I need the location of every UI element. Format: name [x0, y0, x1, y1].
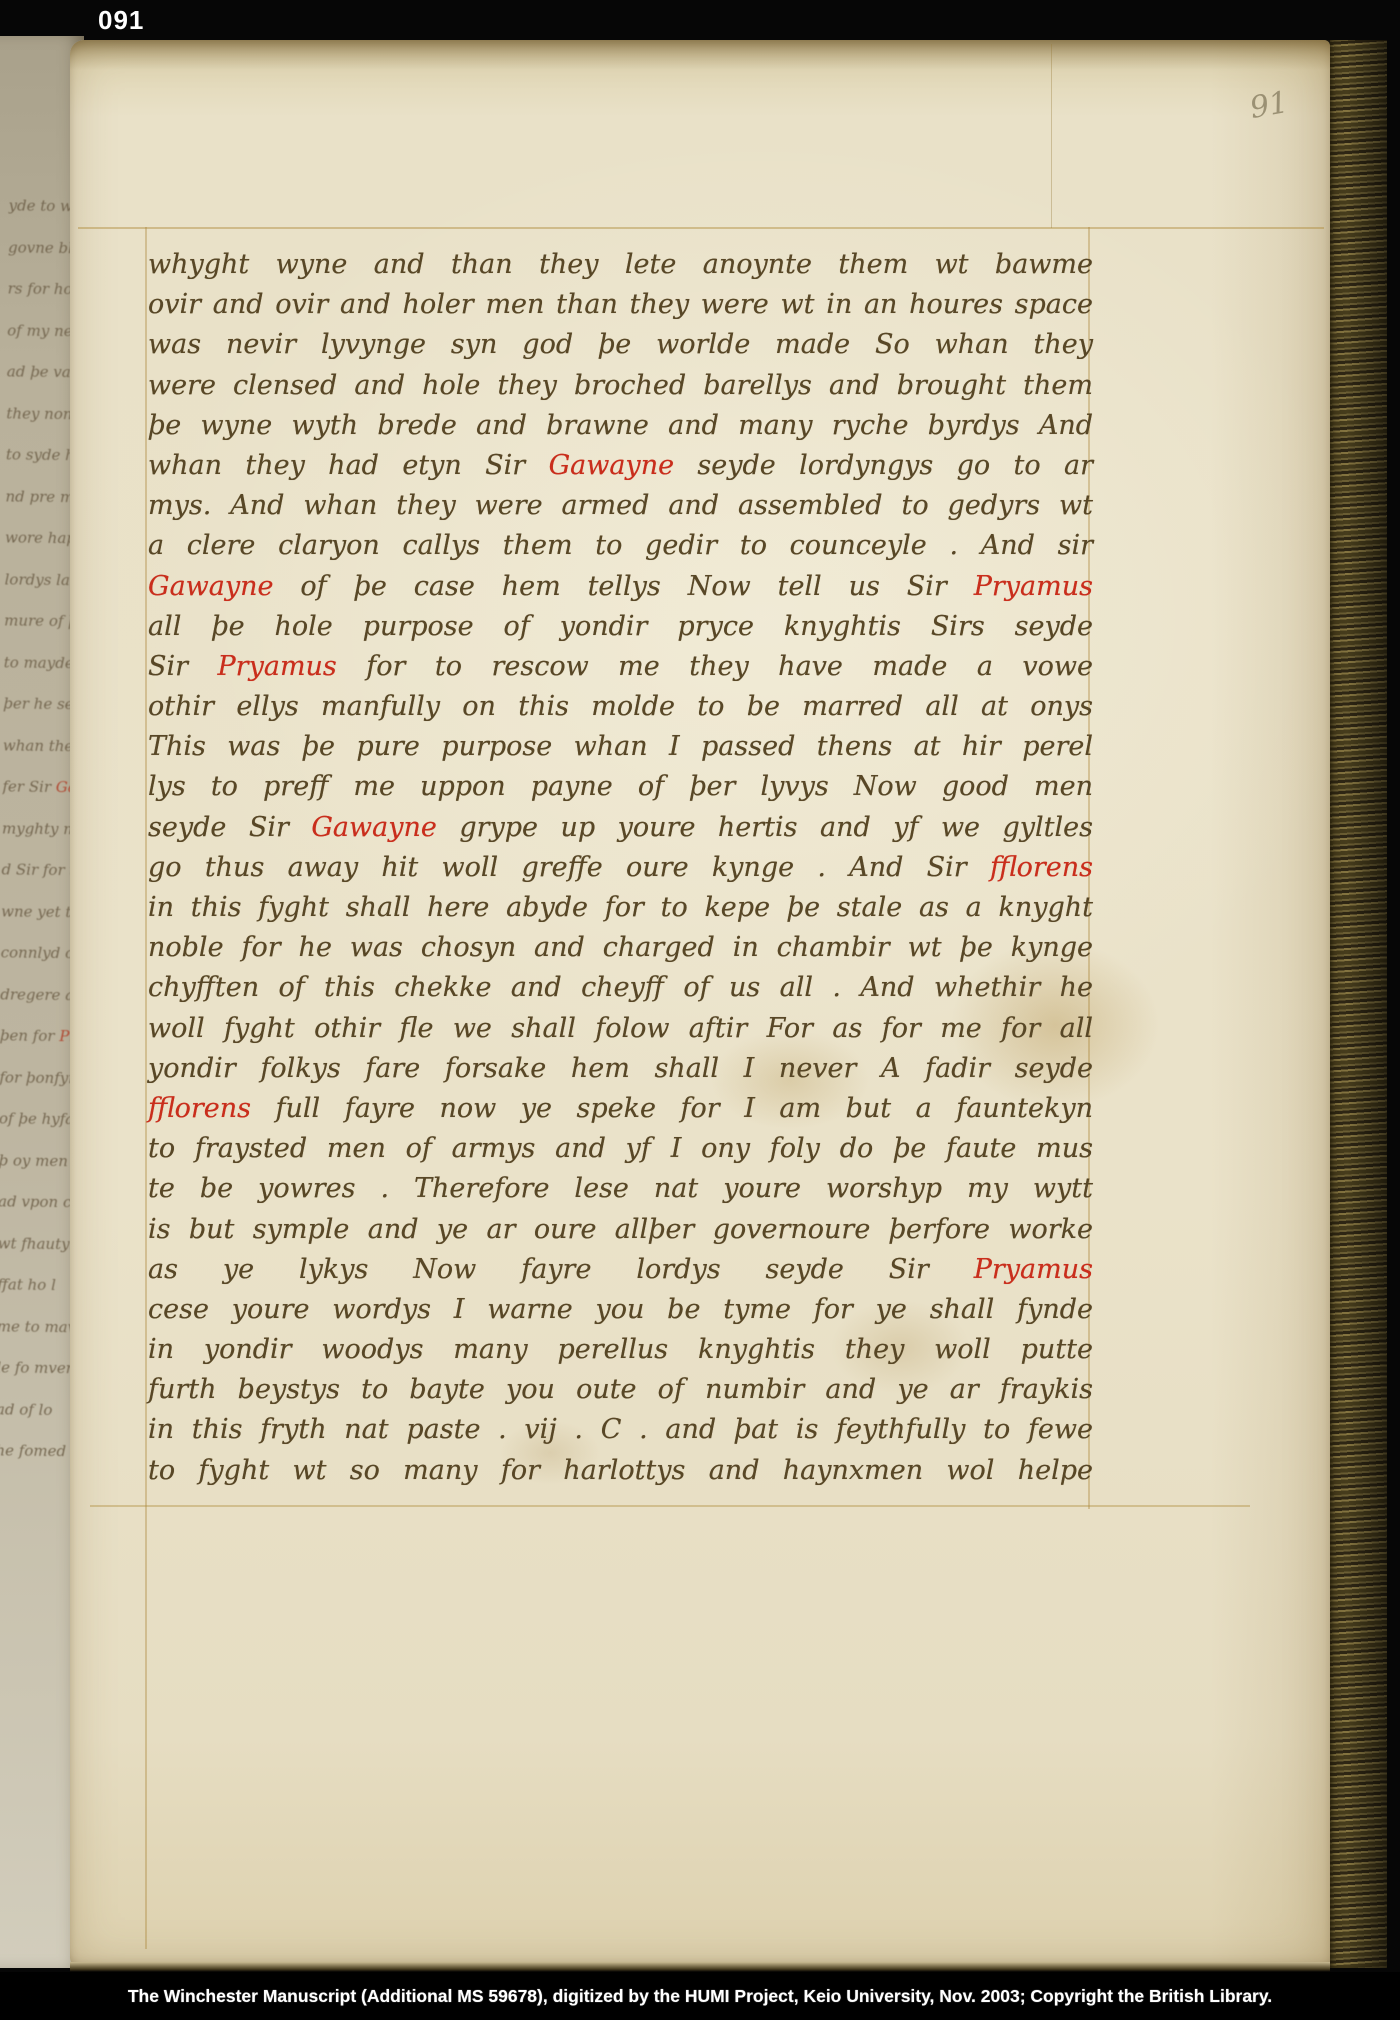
ruling-line-left-margin [145, 227, 147, 1949]
ink-text: wt fhautyh [0, 1234, 79, 1253]
manuscript-line: was nevir lyvynge syn god þe worlde made… [148, 325, 1093, 365]
ink-text: mys. And whan they were armed and assemb… [148, 490, 1093, 521]
rubricated-name: Pryamus [974, 1254, 1093, 1285]
ink-text: in yondir woodys many perellus knyghtis … [148, 1334, 1093, 1365]
manuscript-line: furth beystys to bayte you oute of numbi… [148, 1370, 1093, 1410]
ink-text: grype up youre hertis and yf we gyltles [437, 812, 1093, 843]
manuscript-line: were clensed and hole they broched barel… [148, 366, 1093, 406]
manuscript-line: othir ellys manfully on this molde to be… [148, 687, 1093, 727]
rubricated-name: fflorens [148, 1093, 251, 1124]
rubricated-name: fflorens [990, 852, 1093, 883]
manuscript-line: Sir Pryamus for to rescow me they have m… [148, 647, 1093, 687]
manuscript-line: þe wyne wyth brede and brawne and many r… [148, 406, 1093, 446]
ink-text: cese youre wordys I warne you be tyme fo… [148, 1294, 1093, 1325]
manuscript-line: to fraysted men of armys and yf I ony fo… [148, 1129, 1093, 1169]
manuscript-line: whyght wyne and than they lete anoynte t… [148, 245, 1093, 285]
ink-text: is but symple and ye ar oure allþer gove… [148, 1214, 1093, 1245]
ink-text: chyfften of this chekke and cheyff of us… [148, 972, 1093, 1003]
manuscript-line: seyde Sir Gawayne grype up youre hertis … [148, 808, 1093, 848]
manuscript-line: cese youre wordys I warne you be tyme fo… [148, 1290, 1093, 1330]
manuscript-line: mys. And whan they were armed and assemb… [148, 486, 1093, 526]
ink-text: þe wyne wyth brede and brawne and many r… [148, 410, 1093, 441]
caption-bar: The Winchester Manuscript (Additional MS… [0, 1972, 1400, 2020]
manuscript-line: chyfften of this chekke and cheyff of us… [148, 968, 1093, 1008]
ink-text: all þe hole purpose of yondir pryce knyg… [148, 611, 1093, 642]
ink-text: ad of lo [0, 1400, 53, 1419]
ink-text: This was þe pure purpose whan I passed t… [148, 731, 1093, 762]
manuscript-line: lys to preff me uppon payne of þer lyvys… [148, 767, 1093, 807]
manuscript-line: woll fyght othir fle we shall folow afti… [148, 1009, 1093, 1049]
ink-text: yondir folkys fare forsake hem shall I n… [148, 1053, 1093, 1084]
manuscript-line: noble for he was chosyn and charged in c… [148, 928, 1093, 968]
folio-number: 91 [1247, 85, 1291, 126]
ink-text: a clere claryon callys them to gedir to … [148, 530, 1093, 561]
manuscript-line: fflorens full fayre now ye speke for I a… [148, 1089, 1093, 1129]
ink-text: woll fyght othir fle we shall folow afti… [148, 1013, 1093, 1044]
manuscript-line: in this fryth nat paste . vij . C . and … [148, 1410, 1093, 1450]
ink-text: noble for he was chosyn and charged in c… [148, 932, 1093, 963]
ink-text: ffat ho l [0, 1275, 56, 1294]
rubricated-name: Gawayne [311, 812, 437, 843]
manuscript-line: go thus away hit woll greffe oure kynge … [148, 848, 1093, 888]
manuscript-line: Gawayne of þe case hem tellys Now tell u… [148, 567, 1093, 607]
ink-text: go thus away hit woll greffe oure kynge … [148, 852, 990, 883]
rubricated-name: Gawayne [148, 571, 274, 602]
ink-text: were clensed and hole they broched barel… [148, 370, 1093, 401]
rubricated-name: Gawayne [549, 450, 675, 481]
manuscript-line: yondir folkys fare forsake hem shall I n… [148, 1049, 1093, 1089]
manuscript-line: in this fyght shall here abyde for to ke… [148, 888, 1093, 928]
ink-text: furth beystys to bayte you oute of numbi… [148, 1374, 1093, 1405]
caption-text: The Winchester Manuscript (Additional MS… [128, 1986, 1272, 2007]
manuscript-line: in yondir woodys many perellus knyghtis … [148, 1330, 1093, 1370]
manuscript-page: 91 whyght wyne and than they lete anoynt… [70, 40, 1330, 1968]
stain [70, 40, 1330, 70]
manuscript-line: as ye lykys Now fayre lordys seyde Sir P… [148, 1250, 1093, 1290]
ruling-line-top [78, 227, 1324, 229]
ink-text: of þe case hem tellys Now tell us Sir [274, 571, 974, 602]
book-fore-edge [1330, 40, 1387, 1968]
ink-text: þen for [0, 1026, 59, 1045]
ink-text: seyde Sir [148, 812, 311, 843]
manuscript-line: a clere claryon callys them to gedir to … [148, 526, 1093, 566]
ink-text: to fraysted men of armys and yf I ony fo… [148, 1133, 1093, 1164]
slide-number-label: 091 [98, 5, 144, 36]
ink-text: te be yowres . Therefore lese nat youre … [148, 1173, 1093, 1204]
manuscript-text-block: whyght wyne and than they lete anoynte t… [148, 245, 1093, 1491]
ink-text: in this fryth nat paste . vij . C . and … [148, 1414, 1093, 1445]
ink-text: Sir [148, 651, 218, 682]
ink-text: full fayre now ye speke for I am but a f… [251, 1093, 1093, 1124]
manuscript-line: ovir and ovir and holer men than they we… [148, 285, 1093, 325]
rubricated-name: Pryamus [974, 571, 1093, 602]
manuscript-line: all þe hole purpose of yondir pryce knyg… [148, 607, 1093, 647]
manuscript-line: This was þe pure purpose whan I passed t… [148, 727, 1093, 767]
ink-text: ovir and ovir and holer men than they we… [148, 289, 1093, 320]
ink-text: whan they had etyn Sir [148, 450, 549, 481]
manuscript-scan-photo: { "scan": { "slide_number": "091", "foli… [0, 0, 1400, 2020]
manuscript-line: is but symple and ye ar oure allþer gove… [148, 1210, 1093, 1250]
ink-text: le fo mver [0, 1358, 73, 1377]
crease-line [1051, 44, 1052, 228]
ink-text: was nevir lyvynge syn god þe worlde made… [148, 329, 1093, 360]
ink-text: he fomed [0, 1441, 66, 1460]
manuscript-line: to fyght wt so many for harlottys and ha… [148, 1451, 1093, 1491]
ink-text: othir ellys manfully on this molde to be… [148, 691, 1093, 722]
page-bottom-edge [70, 1962, 1330, 1972]
ink-text: fer Sir [2, 777, 56, 796]
ink-text: lys to preff me uppon payne of þer lyvys… [148, 771, 1093, 802]
ink-text: seyde lordyngys go to ar [674, 450, 1093, 481]
stain [1210, 40, 1330, 1968]
ink-text: to fyght wt so many for harlottys and ha… [148, 1455, 1093, 1486]
ruling-line-bottom [90, 1505, 1250, 1507]
ink-text: for to rescow me they have made a vowe [337, 651, 1093, 682]
manuscript-line: te be yowres . Therefore lese nat youre … [148, 1169, 1093, 1209]
manuscript-line: whan they had etyn Sir Gawayne seyde lor… [148, 446, 1093, 486]
ink-text: as ye lykys Now fayre lordys seyde Sir [148, 1254, 974, 1285]
ink-text: in this fyght shall here abyde for to ke… [148, 892, 1093, 923]
ink-text: whyght wyne and than they lete anoynte t… [148, 249, 1093, 280]
rubricated-name: Pryamus [218, 651, 337, 682]
